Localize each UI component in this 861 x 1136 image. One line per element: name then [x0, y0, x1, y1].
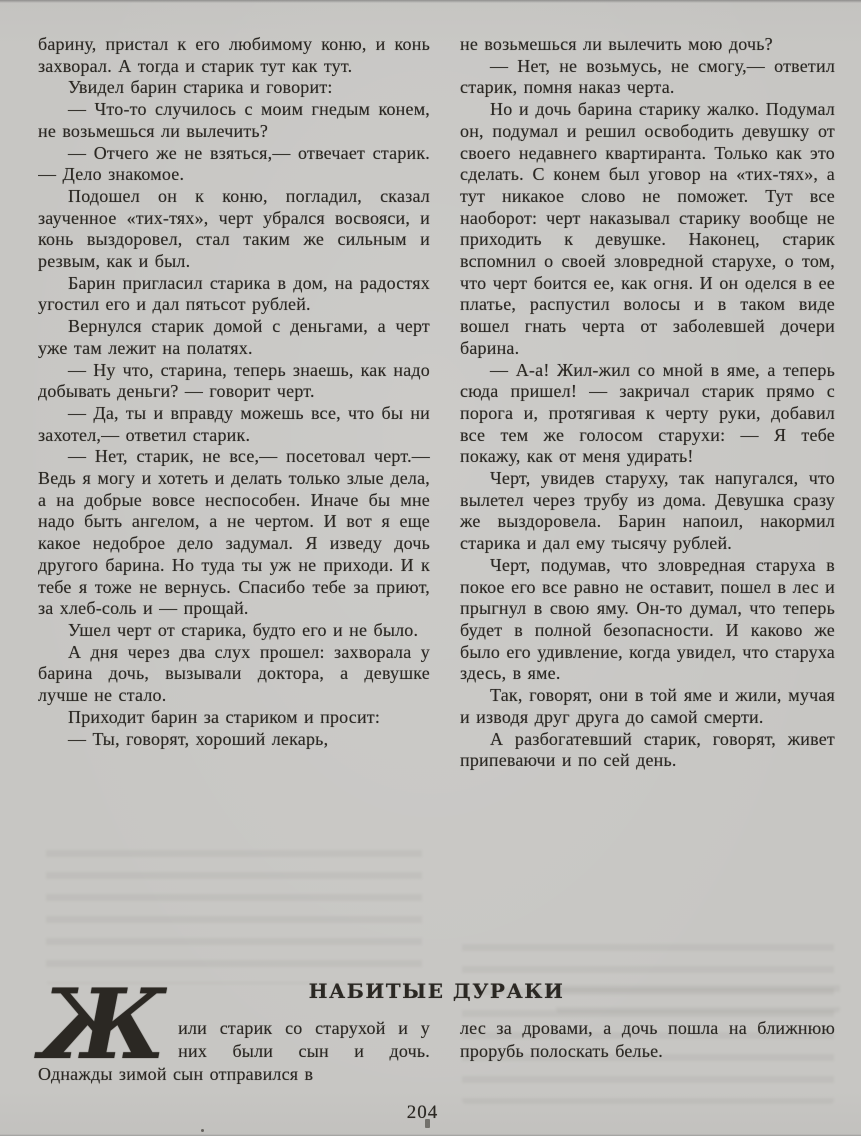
right-text-column: не возьмешься ли вылечить мою дочь?— Нет… — [460, 34, 835, 772]
next-story-left-column: Жили старик со старухой и у них были сын… — [38, 1017, 430, 1086]
book-page-scan: барину, пристал к его любимому коню, и к… — [0, 0, 861, 1136]
paragraph: А дня через два слух прошел: захворала у… — [38, 642, 430, 707]
paragraph: Увидел барин старика и говорит: — [38, 77, 430, 99]
ornate-drop-cap: Ж — [40, 989, 166, 1062]
next-story-columns: Жили старик со старухой и у них были сын… — [38, 1017, 835, 1086]
paragraph: Барин пригласил старика в дом, на радост… — [38, 273, 430, 316]
paragraph: барину, пристал к его любимому коню, и к… — [38, 34, 430, 77]
paragraph: Так, говорят, они в той яме и жили, муча… — [460, 685, 835, 728]
next-story-right-column: лес за дровами, а дочь пошла на ближнюю … — [460, 1017, 835, 1086]
left-text-column: барину, пристал к его любимому коню, и к… — [38, 34, 430, 772]
paragraph: Черт, подумав, что зловредная старуха в … — [460, 555, 835, 685]
paragraph: Но и дочь барина старику жалко. Подумал … — [460, 99, 835, 359]
paragraph: не возьмешься ли вылечить мою дочь? — [460, 34, 835, 56]
paragraph: — Ты, говорят, хороший лекарь, — [38, 729, 430, 751]
paragraph: — Да, ты и вправду можешь все, что бы ни… — [38, 403, 430, 446]
paragraph: — Что-то случилось с моим гнедым конем, … — [38, 99, 430, 142]
paragraph: — Нет, старик, не все,— посетовал черт.—… — [38, 446, 430, 620]
paragraph: А разбогатевший старик, говорят, живет п… — [460, 729, 835, 772]
paragraph: — Ну что, старина, теперь знаешь, как на… — [38, 360, 430, 403]
paragraph: — Нет, не возьмусь, не смогу,— ответил с… — [460, 56, 835, 99]
next-story-section: НАБИТЫЕ ДУРАКИ Жили старик со старухой и… — [38, 979, 835, 1086]
paragraph: Подошел он к коню, погладил, сказал зауч… — [38, 186, 430, 273]
paragraph: Вернулся старик домой с деньгами, а черт… — [38, 316, 430, 359]
paragraph: Приходит барин за стариком и просит: — [38, 707, 430, 729]
paragraph: — Отчего же не взяться,— отвечает старик… — [38, 143, 430, 186]
page-content: барину, пристал к его любимому коню, и к… — [0, 0, 861, 1136]
paragraph: — А-а! Жил-жил со мной в яме, а теперь с… — [460, 360, 835, 469]
paragraph: Ушел черт от старика, будто его и не был… — [38, 620, 430, 642]
story-ending-columns: барину, пристал к его любимому коню, и к… — [38, 34, 835, 772]
paragraph: Черт, увидев старуху, так напугался, что… — [460, 468, 835, 555]
page-number: 204 — [38, 1102, 835, 1124]
next-story-continuation-text: лес за дровами, а дочь пошла на ближнюю … — [460, 1018, 835, 1061]
